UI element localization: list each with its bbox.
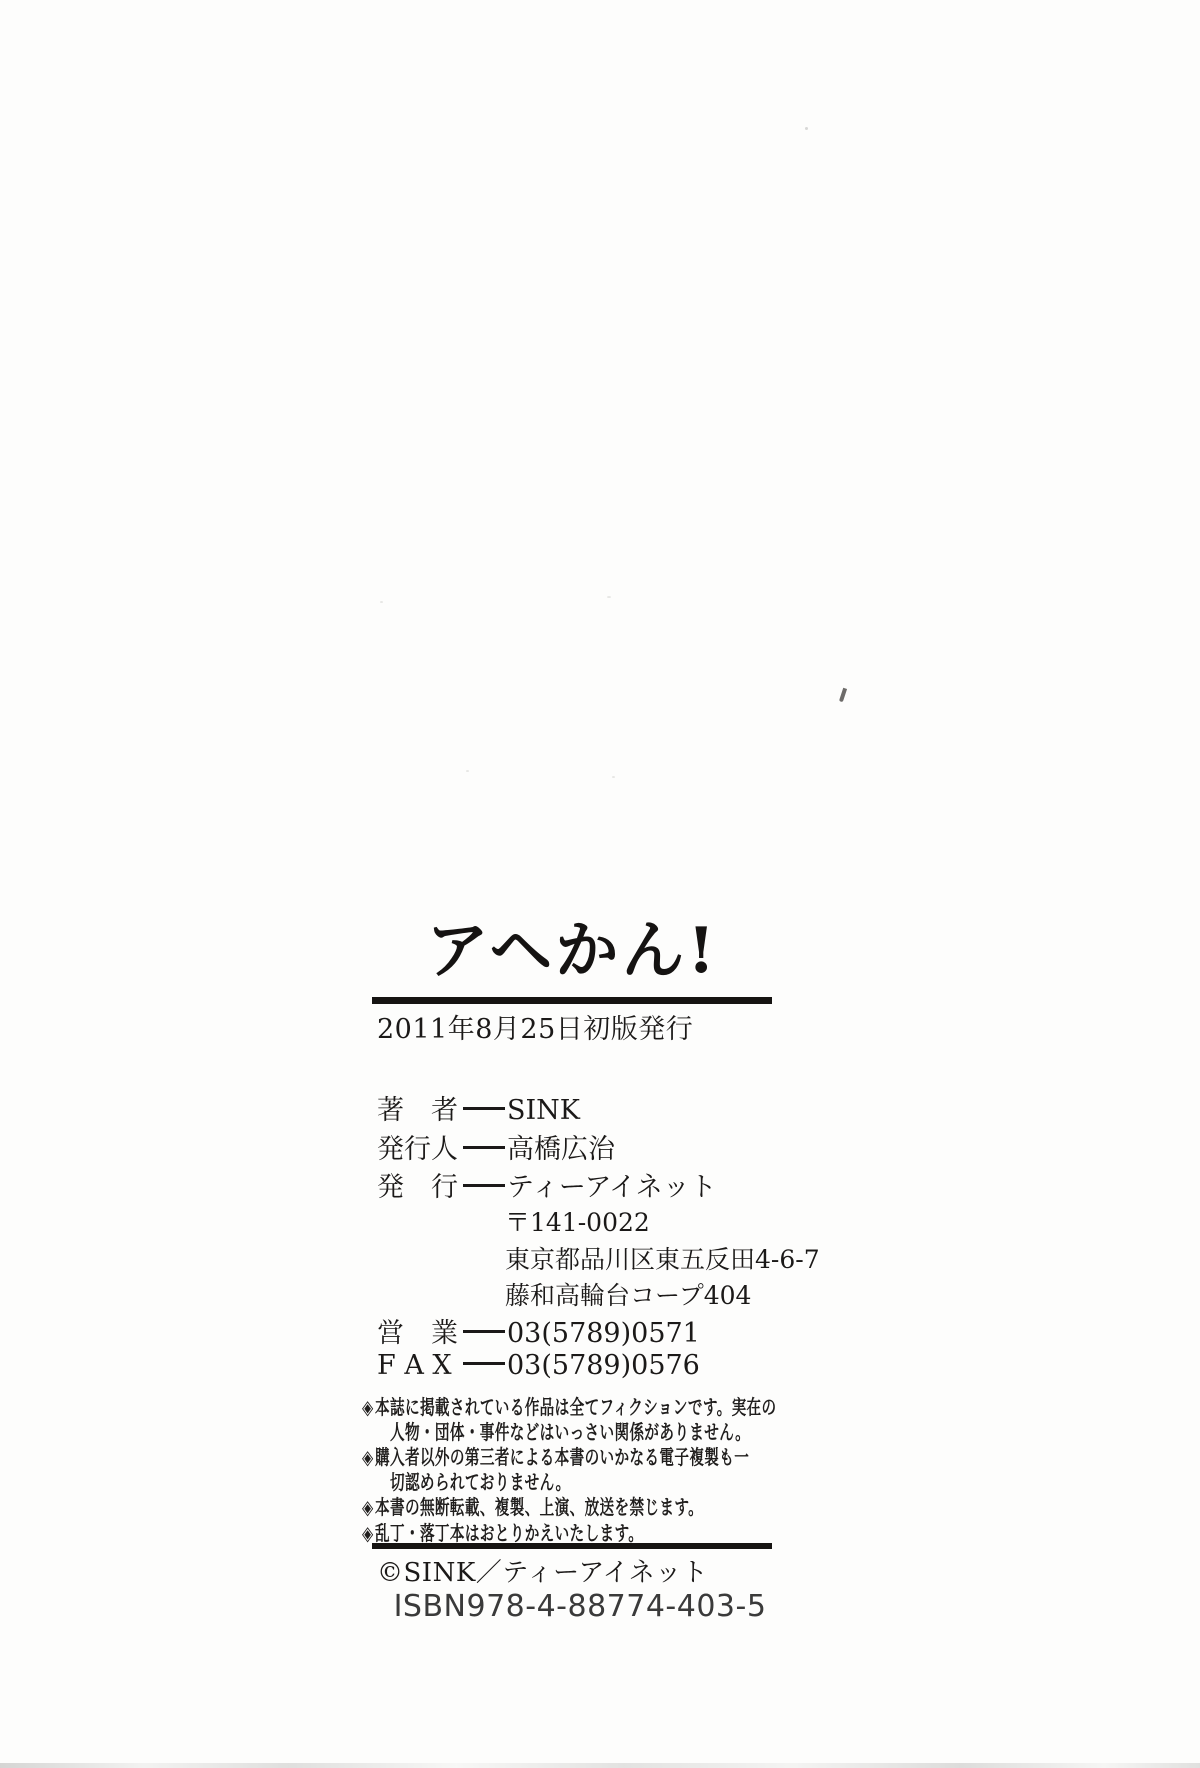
- scan-speck: [607, 596, 611, 598]
- leader-dash: [463, 1362, 505, 1365]
- note-text: 本書の無断転載、複製、上演、放送を禁じます。: [375, 1495, 703, 1519]
- diamond-bullet-icon: ◈: [362, 1521, 374, 1545]
- footer-divider-rule: [372, 1543, 772, 1549]
- diamond-bullet-icon: ◈: [362, 1445, 374, 1469]
- scan-speck: [805, 127, 808, 130]
- fax-label: F A X: [377, 1350, 463, 1381]
- isbn-number: ISBN978-4-88774-403-5: [380, 1589, 780, 1624]
- publisher-label: 発 行: [377, 1165, 463, 1204]
- publisher-person-label: 発行人: [377, 1127, 463, 1166]
- scan-bottom-edge: [0, 1763, 1200, 1768]
- diamond-bullet-icon: ◈: [362, 1495, 374, 1519]
- address-line-1: 東京都品川区東五反田4-6-7: [505, 1240, 820, 1276]
- colophon-row-author: 著 者SINK: [377, 1088, 580, 1127]
- scan-speck: [380, 601, 383, 603]
- leader-dash: [463, 1107, 505, 1110]
- leader-dash: [463, 1330, 505, 1333]
- sales-label: 営 業: [377, 1311, 463, 1350]
- colophon-row-fax: F A X03(5789)0576: [377, 1350, 700, 1381]
- note-text: 乱丁・落丁本はおとりかえいたします。: [375, 1521, 643, 1545]
- publisher-value: ティーアイネット: [507, 1172, 717, 1203]
- fax-value: 03(5789)0576: [507, 1350, 700, 1381]
- sales-phone-value: 03(5789)0571: [507, 1318, 700, 1349]
- leader-dash: [463, 1184, 505, 1187]
- author-label: 著 者: [377, 1088, 463, 1127]
- title-divider-rule: [372, 997, 772, 1004]
- colophon-row-sales-phone: 営 業03(5789)0571: [377, 1311, 700, 1350]
- leader-dash: [463, 1146, 505, 1149]
- scan-speck: [612, 776, 615, 778]
- colophon-row-publisher-person: 発行人高橋広治: [377, 1127, 615, 1166]
- edition-date: 2011年8月25日初版発行: [377, 1007, 693, 1046]
- note-defective-copies: ◈乱丁・落丁本はおとりかえいたします。: [362, 1517, 643, 1546]
- colophon-row-publisher: 発 行ティーアイネット: [377, 1165, 717, 1204]
- postal-code: 〒141-0022: [505, 1203, 650, 1239]
- copyright-line: ©SINK／ティーアイネット: [377, 1552, 708, 1589]
- colophon-page: アヘかん! 2011年8月25日初版発行 著 者SINK 発行人高橋広治 発 行…: [0, 0, 1200, 1768]
- book-title: アヘかん!: [352, 916, 792, 985]
- address-line-2: 藤和高輪台コープ404: [505, 1276, 751, 1312]
- scan-scratch: [839, 688, 847, 703]
- scan-speck: [466, 770, 469, 772]
- author-value: SINK: [507, 1095, 580, 1126]
- diamond-bullet-icon: ◈: [362, 1395, 374, 1419]
- publisher-person-value: 高橋広治: [507, 1134, 615, 1165]
- note-reprint: ◈本書の無断転載、複製、上演、放送を禁じます。: [362, 1491, 703, 1520]
